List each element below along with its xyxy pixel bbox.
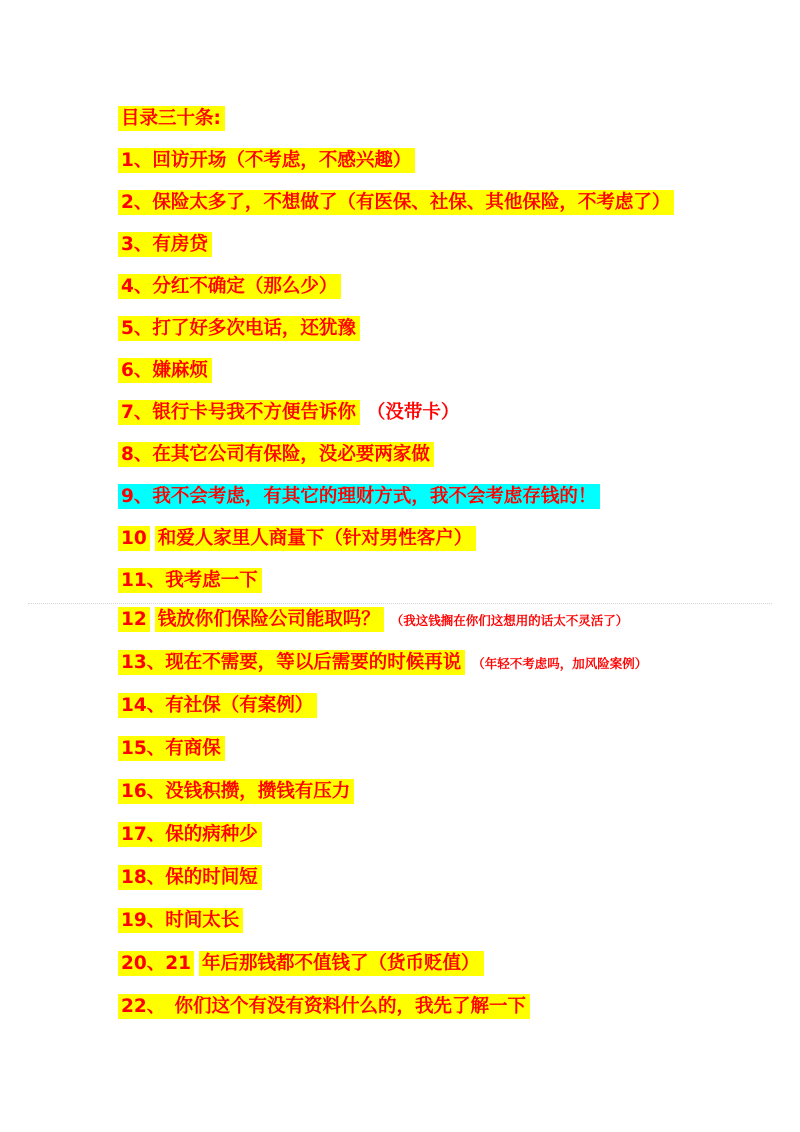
document-title-text: 目录三十条:	[118, 106, 225, 131]
list-item: 20、21年后那钱都不值钱了（货币贬值）	[118, 951, 770, 976]
item-note: （我这钱搁在你们这想用的话太不灵活了）	[391, 613, 629, 628]
list-item: 8、在其它公司有保险，没必要两家做	[118, 442, 770, 467]
objection-list: 1、回访开场（不考虑，不感兴趣）2、保险太多了，不想做了（有医保、社保、其他保险…	[118, 148, 770, 1019]
list-item: 9、我不会考虑，有其它的理财方式，我不会考虑存钱的！	[118, 484, 770, 509]
item-text: 18、保的时间短	[118, 865, 262, 890]
list-item: 15、有商保	[118, 736, 770, 761]
item-text: 13、现在不需要，等以后需要的时候再说	[118, 650, 465, 675]
list-item: 7、银行卡号我不方便告诉你（没带卡）	[118, 400, 770, 425]
item-text: 3、有房贷	[118, 232, 212, 257]
item-text: 7、银行卡号我不方便告诉你	[118, 400, 360, 425]
item-number: 20、21	[118, 951, 194, 976]
item-text: 钱放你们保险公司能取吗？	[155, 607, 384, 632]
item-text: 8、在其它公司有保险，没必要两家做	[118, 442, 434, 467]
item-text: 14、有社保（有案例）	[118, 693, 317, 718]
item-text: 1、回访开场（不考虑，不感兴趣）	[118, 148, 415, 173]
item-text: 5、打了好多次电话，还犹豫	[118, 316, 360, 341]
list-item: 19、时间太长	[118, 908, 770, 933]
list-item: 10和爱人家里人商量下（针对男性客户）	[118, 526, 770, 551]
item-text: 6、嫌麻烦	[118, 358, 212, 383]
item-text: 16、没钱积攒，攒钱有压力	[118, 779, 354, 804]
list-item: 13、现在不需要，等以后需要的时候再说（年轻不考虑吗，加风险案例）	[118, 650, 770, 675]
item-text: 19、时间太长	[118, 908, 243, 933]
item-text: 年后那钱都不值钱了（货币贬值）	[199, 951, 484, 976]
list-item: 18、保的时间短	[118, 865, 770, 890]
item-text: 15、有商保	[118, 736, 225, 761]
list-item: 22、 你们这个有没有资料什么的，我先了解一下	[118, 994, 770, 1019]
item-text: 17、保的病种少	[118, 822, 262, 847]
list-item: 11、我考虑一下	[118, 568, 770, 593]
list-item: 2、保险太多了，不想做了（有医保、社保、其他保险，不考虑了）	[118, 190, 770, 215]
list-item: 1、回访开场（不考虑，不感兴趣）	[118, 148, 770, 173]
document-page: 目录三十条: 1、回访开场（不考虑，不感兴趣）2、保险太多了，不想做了（有医保、…	[0, 0, 800, 1132]
item-text: 2、保险太多了，不想做了（有医保、社保、其他保险，不考虑了）	[118, 190, 674, 215]
list-item: 5、打了好多次电话，还犹豫	[118, 316, 770, 341]
item-text: 4、分红不确定（那么少）	[118, 274, 341, 299]
list-item: 16、没钱积攒，攒钱有压力	[118, 779, 770, 804]
document-title: 目录三十条:	[118, 106, 770, 131]
item-note: （年轻不考虑吗，加风险案例）	[472, 656, 647, 671]
item-text: 和爱人家里人商量下（针对男性客户）	[155, 526, 477, 551]
page-break-divider	[28, 603, 772, 604]
item-text: 9、我不会考虑，有其它的理财方式，我不会考虑存钱的！	[118, 484, 600, 509]
list-item: 12钱放你们保险公司能取吗？（我这钱搁在你们这想用的话太不灵活了）	[118, 607, 770, 632]
list-item: 17、保的病种少	[118, 822, 770, 847]
list-item: 4、分红不确定（那么少）	[118, 274, 770, 299]
item-text: 11、我考虑一下	[118, 568, 262, 593]
list-item: 3、有房贷	[118, 232, 770, 257]
item-number: 10	[118, 526, 150, 551]
item-text: 22、 你们这个有没有资料什么的，我先了解一下	[118, 994, 530, 1019]
item-number: 12	[118, 607, 150, 632]
list-item: 14、有社保（有案例）	[118, 693, 770, 718]
item-note: （没带卡）	[367, 402, 460, 423]
list-item: 6、嫌麻烦	[118, 358, 770, 383]
